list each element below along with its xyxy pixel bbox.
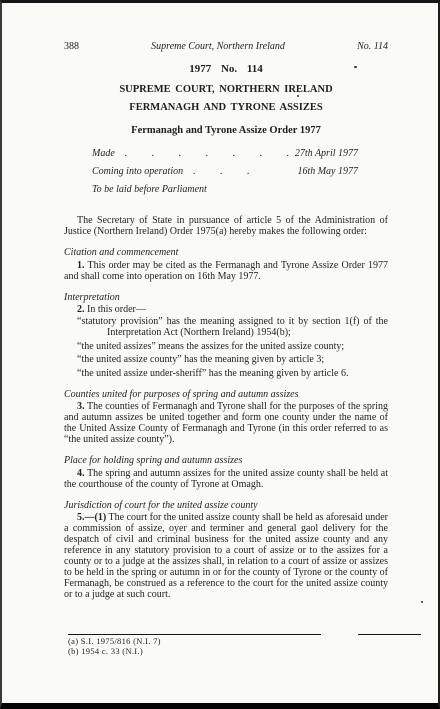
definition-item: “the united assize county” has the meani… <box>107 354 388 365</box>
definitions-list: “statutory provision” has the meaning as… <box>64 316 388 379</box>
article-text: This order may be cited as the Fermanagh… <box>64 260 388 282</box>
section-paragraph: 5.—(1) The court for the united assize c… <box>64 512 388 600</box>
metadata-row-parliament: To be laid before Parliament <box>92 184 358 202</box>
section-citation: Citation and commencement 1. This order … <box>64 247 388 282</box>
article-number: 5.—(1) <box>77 512 106 523</box>
metadata-value: 16th May 1977 <box>297 166 358 177</box>
issue-number: No. 114 <box>357 41 388 52</box>
footnote-rule <box>68 634 421 635</box>
article-number: 4. <box>77 468 85 479</box>
scan-speck <box>297 95 299 97</box>
metadata-label: To be laid before Parliament <box>92 184 207 195</box>
running-title: Supreme Court, Northern Ireland <box>79 41 357 52</box>
article-text: The spring and autumn assizes for the un… <box>64 468 388 490</box>
section-heading: Citation and commencement <box>64 247 388 258</box>
document-page: 388 Supreme Court, Northern Ireland No. … <box>0 0 440 709</box>
running-header: 388 Supreme Court, Northern Ireland No. … <box>64 41 388 52</box>
assizes-title: FERMANAGH AND TYRONE ASSIZES <box>64 102 388 113</box>
section-paragraph: 2. In this order— <box>64 304 388 315</box>
page-number: 388 <box>64 41 79 52</box>
scan-speck <box>421 601 423 603</box>
dot-leader: . . . <box>193 166 297 177</box>
court-title: SUPREME COURT, NORTHERN IRELAND <box>64 84 388 95</box>
definition-item: “the united assize under-sheriff” has th… <box>107 368 388 379</box>
article-number: 2. <box>77 304 85 315</box>
page-content: 388 Supreme Court, Northern Ireland No. … <box>2 3 438 600</box>
article-text: In this order— <box>87 304 146 315</box>
metadata-row-operation: Coming into operation . . . 16th May 197… <box>92 166 358 184</box>
dot-leader: . . . . . . . <box>125 148 295 159</box>
order-title: Fermanagh and Tyrone Assize Order 1977 <box>64 125 388 136</box>
article-number: 1. <box>77 260 85 271</box>
metadata-row-made: Made . . . . . . . 27th April 1977 <box>92 148 358 166</box>
preamble-paragraph: The Secretary of State in pursuance of a… <box>64 215 388 237</box>
section-heading: Interpretation <box>64 292 388 303</box>
section-heading: Place for holding spring and autumn assi… <box>64 455 388 466</box>
section-jurisdiction: Jurisdiction of court for the united ass… <box>64 500 388 601</box>
article-text: The counties of Fermanagh and Tyrone sha… <box>64 401 388 445</box>
footnotes: (a) S.I. 1975/816 (N.I. 7) (b) 1954 c. 3… <box>68 634 421 656</box>
definition-item: “statutory provision” has the meaning as… <box>107 316 388 338</box>
section-place-of-assizes: Place for holding spring and autumn assi… <box>64 455 388 490</box>
definition-item: “the united assizes” means the assizes f… <box>107 341 388 352</box>
metadata-block: Made . . . . . . . 27th April 1977 Comin… <box>92 148 358 202</box>
section-counties-united: Counties united for purposes of spring a… <box>64 389 388 446</box>
footnote-rule-segment <box>68 634 321 635</box>
article-number: 3. <box>77 401 85 412</box>
metadata-label: Coming into operation <box>92 166 183 177</box>
footnote-b: (b) 1954 c. 33 (N.I.) <box>68 647 421 657</box>
section-interpretation: Interpretation 2. In this order— “statut… <box>64 292 388 379</box>
section-heading: Counties united for purposes of spring a… <box>64 389 388 400</box>
order-reference: 1977 No. 114 <box>64 63 388 75</box>
metadata-value: 27th April 1977 <box>295 148 358 159</box>
section-paragraph: 4. The spring and autumn assizes for the… <box>64 468 388 490</box>
footnote-rule-segment <box>358 634 421 635</box>
scan-speck <box>354 66 357 68</box>
metadata-label: Made <box>92 148 115 159</box>
section-heading: Jurisdiction of court for the united ass… <box>64 500 388 511</box>
article-text: The court for the united assize county s… <box>64 512 388 600</box>
section-paragraph: 3. The counties of Fermanagh and Tyrone … <box>64 401 388 445</box>
section-paragraph: 1. This order may be cited as the Ferman… <box>64 260 388 282</box>
